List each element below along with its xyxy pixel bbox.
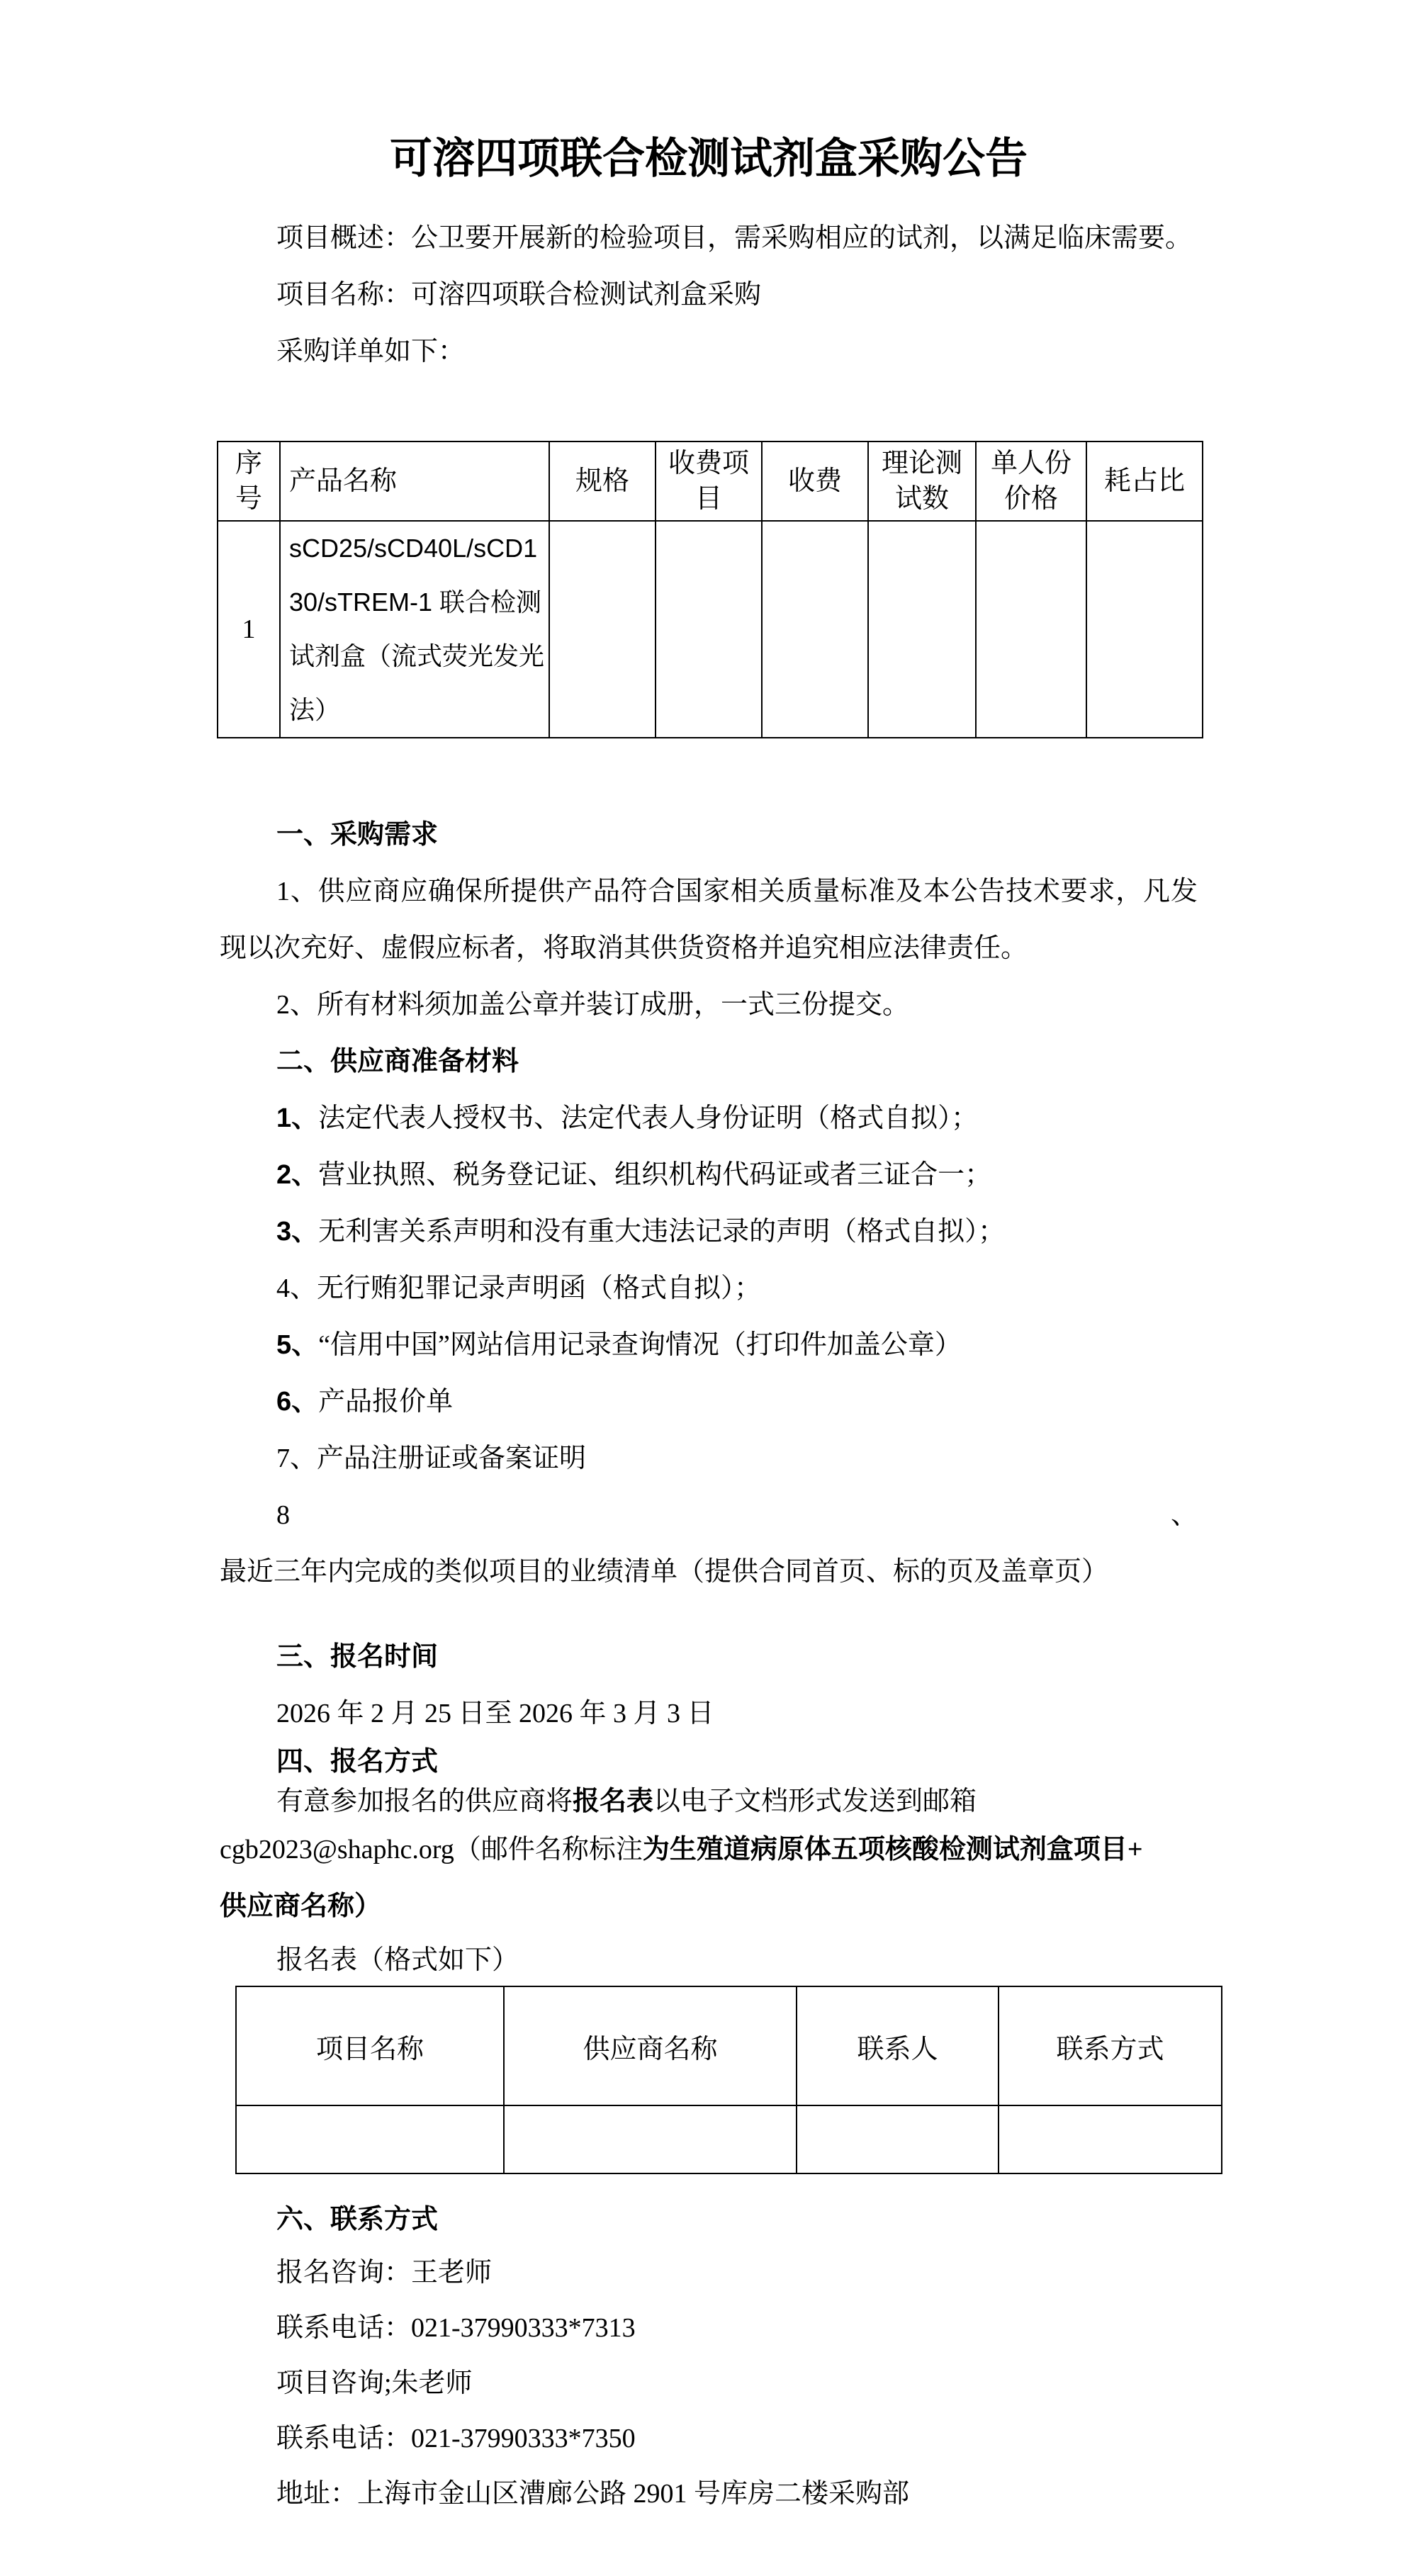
col-header-fee-item: 收费项目 (656, 441, 762, 521)
signup-table-header-row: 项目名称 供应商名称 联系人 联系方式 (236, 1986, 1222, 2105)
material-item-5: 5、“信用中国”网站信用记录查询情况（打印件加盖公章） (220, 1317, 1198, 1373)
col-header-spec: 规格 (549, 441, 656, 521)
project-name: 项目名称：可溶四项联合检测试剂盒采购 (220, 266, 1198, 323)
supplier-name-line: 供应商名称） (220, 1878, 1198, 1935)
contact-signup-consult: 报名咨询：王老师 (220, 2245, 1198, 2300)
contact-project-consult: 项目咨询;朱老师 (220, 2356, 1198, 2411)
col-header-seq: 序号 (218, 441, 280, 521)
col-header-project-name: 项目名称 (236, 1986, 504, 2105)
col-header-contact-person: 联系人 (797, 1986, 999, 2105)
page-title: 可溶四项联合检测试剂盒采购公告 (220, 0, 1198, 181)
item-text: “信用中国”网站信用记录查询情况（打印件加盖公章） (318, 1330, 962, 1360)
col-header-supplier-name: 供应商名称 (504, 1986, 797, 2105)
section-heading-procurement-requirements: 一、采购需求 (220, 806, 1198, 863)
signup-method-line1: 有意参加报名的供应商将报名表以电子文档形式发送到邮箱 (220, 1782, 1198, 1821)
section-heading-contact: 六、联系方式 (220, 2194, 1198, 2245)
signup-table: 项目名称 供应商名称 联系人 联系方式 (235, 1986, 1222, 2174)
signup-email-line: cgb2023@shaphc.org（邮件名称标注为生殖道病原体五项核酸检测试剂… (220, 1821, 1198, 1878)
cell-unit-price (976, 521, 1086, 738)
signup-form-emphasis: 报名表 (573, 1787, 653, 1816)
material-item-4: 4、无行贿犯罪记录声明函（格式自拟）； (220, 1260, 1198, 1317)
cell-seq: 1 (218, 521, 280, 738)
contact-phone-1: 联系电话：021-37990333*7313 (220, 2300, 1198, 2356)
material-item-6: 6、产品报价单 (220, 1373, 1198, 1430)
material-item-7: 7、产品注册证或备案证明 (220, 1430, 1198, 1487)
col-header-fee: 收费 (762, 441, 868, 521)
email-address: cgb2023@shaphc.org（邮件名称标注 (220, 1835, 643, 1864)
document-page: 可溶四项联合检测试剂盒采购公告 项目概述：公卫要开展新的检验项目，需采购相应的试… (220, 0, 1198, 2521)
project-overview: 项目概述：公卫要开展新的检验项目，需采购相应的试剂，以满足临床需要。 (220, 210, 1198, 266)
cell-spec (549, 521, 656, 738)
signup-method-text: 有意参加报名的供应商将 (276, 1787, 573, 1816)
product-table-row: 1 sCD25/sCD40L/sCD130/sTREM-1 联合检测试剂盒（流式… (218, 521, 1203, 738)
item-text: 最近三年内完成的类似项目的业绩清单（提供合同首页、标的页及盖章页） (220, 1557, 1108, 1587)
detail-note: 采购详单如下： (220, 323, 1198, 380)
item-text: 产品报价单 (318, 1387, 453, 1417)
signup-date-range: 2026 年 2 月 25 日至 2026 年 3 月 3 日 (220, 1685, 1198, 1742)
item-text: 无利害关系声明和没有重大违法记录的声明（格式自拟）； (318, 1217, 1005, 1247)
item-number: 1、 (276, 1103, 318, 1133)
cell-fee (762, 521, 868, 738)
material-item-8: 8、最近三年内完成的类似项目的业绩清单（提供合同首页、标的页及盖章页） (220, 1487, 1198, 1600)
section-heading-signup-time: 三、报名时间 (220, 1629, 1198, 1685)
item-number: 7、 (276, 1444, 317, 1473)
cell-contact-info (999, 2105, 1222, 2173)
item-text: 无行贿犯罪记录声明函（格式自拟）； (317, 1273, 761, 1303)
col-header-product-name: 产品名称 (280, 441, 549, 521)
cell-project-name (236, 2105, 504, 2173)
contact-phone-2: 联系电话：021-37990333*7350 (220, 2411, 1198, 2466)
cell-product-name: sCD25/sCD40L/sCD130/sTREM-1 联合检测试剂盒（流式荧光… (280, 521, 549, 738)
requirement-item-2: 2、所有材料须加盖公章并装订成册，一式三份提交。 (220, 977, 1198, 1033)
contact-address: 地址：上海市金山区漕廊公路 2901 号库房二楼采购部 (220, 2466, 1198, 2521)
cell-supplier-name (504, 2105, 797, 2173)
item-text: 营业执照、税务登记证、组织机构代码证或者三证合一； (318, 1160, 991, 1190)
email-subject-emphasis: 为生殖道病原体五项核酸检测试剂盒项目+ (643, 1835, 1143, 1864)
col-header-contact-info: 联系方式 (999, 1986, 1222, 2105)
product-table-header-row: 序号 产品名称 规格 收费项目 收费 理论测试数 单人份价格 耗占比 (218, 441, 1203, 521)
item-number: 4、 (276, 1273, 317, 1303)
col-header-consumption-ratio: 耗占比 (1086, 441, 1203, 521)
cell-fee-item (656, 521, 762, 738)
supplier-name-emphasis: 供应商名称） (220, 1891, 381, 1921)
requirement-item-1: 1、供应商应确保所提供产品符合国家相关质量标准及本公告技术要求，凡发现以次充好、… (220, 863, 1198, 977)
col-header-theoretical-tests: 理论测试数 (868, 441, 976, 521)
item-number: 8、 (276, 1500, 1198, 1530)
cell-contact-person (797, 2105, 999, 2173)
signup-form-note: 报名表（格式如下） (220, 1935, 1198, 1986)
material-item-2: 2、营业执照、税务登记证、组织机构代码证或者三证合一； (220, 1147, 1198, 1203)
cell-consumption-ratio (1086, 521, 1203, 738)
item-text: 法定代表人授权书、法定代表人身份证明（格式自拟）； (318, 1103, 978, 1133)
material-item-3: 3、无利害关系声明和没有重大违法记录的声明（格式自拟）； (220, 1203, 1198, 1260)
signup-method-text: 以电子文档形式发送到邮箱 (653, 1787, 977, 1816)
product-table: 序号 产品名称 规格 收费项目 收费 理论测试数 单人份价格 耗占比 1 sCD… (217, 441, 1203, 738)
item-number: 2、 (276, 1160, 318, 1190)
cell-theoretical-tests (868, 521, 976, 738)
item-number: 5、 (276, 1330, 318, 1360)
section-heading-signup-method: 四、报名方式 (220, 1742, 1198, 1782)
item-number: 3、 (276, 1217, 318, 1247)
col-header-unit-price: 单人份价格 (976, 441, 1086, 521)
item-number: 6、 (276, 1387, 318, 1417)
material-item-1: 1、法定代表人授权书、法定代表人身份证明（格式自拟）； (220, 1090, 1198, 1147)
item-text: 产品注册证或备案证明 (317, 1444, 586, 1473)
signup-table-empty-row (236, 2105, 1222, 2173)
section-heading-supplier-materials: 二、供应商准备材料 (220, 1033, 1198, 1090)
